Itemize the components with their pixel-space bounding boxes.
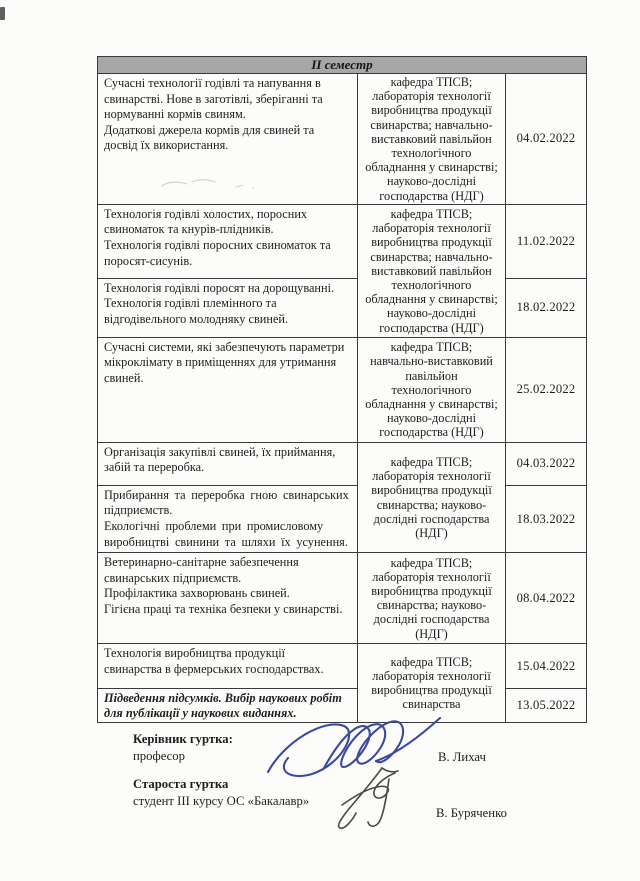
topic-cell-7: Ветеринарно-санітарне забезпечення свина… [98,553,358,644]
semester-header: ІІ семестр [98,57,587,74]
scan-edge-artifact [0,7,5,20]
topic-cell-6: Прибирання та переробка гною свинарських… [98,485,358,552]
semester-schedule-table: ІІ семестр Сучасні технології годівлі та… [97,56,587,723]
topic-cell-2: Технологія годівлі холостих, поросних св… [98,204,358,278]
topic-cell-3: Технологія годівлі поросят на дорощуванн… [98,278,358,337]
location-cell-1: кафедра ТПСВ; лабораторія технології вир… [358,74,506,205]
date-cell-3: 18.02.2022 [506,278,587,337]
starosta-signature-ink [322,764,418,836]
date-cell-6: 18.03.2022 [506,485,587,552]
starosta-title: Староста гуртка [133,776,309,793]
location-cell-7: кафедра ТПСВ; лабораторія технології вир… [358,553,506,644]
date-cell-5: 04.03.2022 [506,442,587,485]
head-title: Керівник гуртка: [133,731,233,748]
starosta-name: В. Буряченко [436,806,507,821]
topic-cell-8: Технологія виробництва продукції свинарс… [98,644,358,689]
date-cell-7: 08.04.2022 [506,553,587,644]
location-cell-4: кафедра ТПСВ; навчально-виставковий паві… [358,337,506,442]
scanned-document-page: ІІ семестр Сучасні технології годівлі та… [0,0,640,881]
topic-cell-4: Сучасні системи, які забезпечують параме… [98,337,358,442]
starosta-position: студент ІІІ курсу ОС «Бакалавр» [133,793,309,810]
head-position: професор [133,748,233,765]
date-cell-1: 04.02.2022 [506,74,587,205]
head-signature-label: Керівник гуртка: професор [133,731,233,764]
date-cell-4: 25.02.2022 [506,337,587,442]
location-cell-2-3: кафедра ТПСВ; лабораторія технології вир… [358,204,506,337]
topic-cell-5: Організація закупівлі свиней, їх прийман… [98,442,358,485]
date-cell-9: 13.05.2022 [506,689,587,723]
date-cell-2: 11.02.2022 [506,204,587,278]
date-cell-8: 15.04.2022 [506,644,587,689]
location-cell-5-6: кафедра ТПСВ; лабораторія технології вир… [358,442,506,552]
starosta-signature-label: Староста гуртка студент ІІІ курсу ОС «Ба… [133,776,309,809]
pencil-scribble-artifact [158,170,258,192]
